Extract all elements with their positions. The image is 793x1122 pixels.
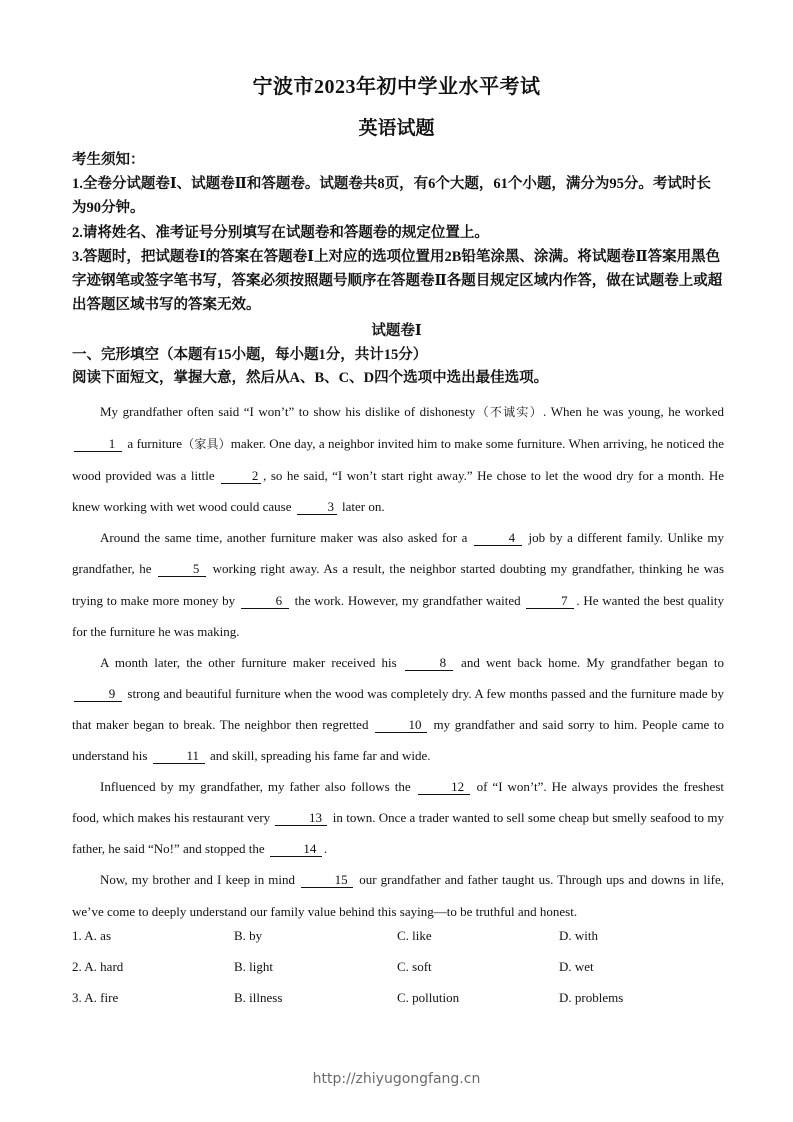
option-d: D. wet (559, 959, 594, 975)
option-c: C. pollution (397, 990, 459, 1006)
answer-options: 1. A. as B. by C. like D. with 2. A. har… (72, 928, 732, 1021)
question-1-options: 1. A. as B. by C. like D. with (72, 928, 732, 959)
passage-text: and skill, spreading his fame far and wi… (207, 748, 431, 763)
passage-paragraph-5: Now, my brother and I keep in mind 15 ou… (72, 864, 724, 926)
passage-text: later on. (339, 499, 385, 514)
blank-6: 6 (241, 593, 289, 609)
passage-paragraph-4: Influenced by my grandfather, my father … (72, 771, 724, 864)
passage-text: and went back home. My grandfather began… (455, 655, 724, 670)
blank-15: 15 (301, 872, 353, 888)
passage-paragraph-2: Around the same time, another furniture … (72, 522, 724, 646)
passage-text: a furniture (124, 436, 182, 451)
option-b: B. by (234, 928, 262, 944)
blank-10: 10 (375, 717, 427, 733)
section-instruction: 阅读下面短文，掌握大意，然后从A、B、C、D四个选项中选出最佳选项。 (72, 367, 732, 390)
blank-7: 7 (526, 593, 574, 609)
passage-text: Influenced by my grandfather, my father … (100, 779, 416, 794)
option-d: D. with (559, 928, 598, 944)
blank-5: 5 (158, 561, 206, 577)
notice-item-2: 2.请将姓名、准考证号分别填写在试题卷和答题卷的规定位置上。 (72, 221, 724, 245)
passage-paragraph-3: A month later, the other furniture maker… (72, 647, 724, 771)
blank-11: 11 (153, 748, 205, 764)
notice-item-3: 3.答题时，把试题卷Ⅰ的答案在答题卷Ⅰ上对应的选项位置用2B铅笔涂黑、涂满。将试… (72, 245, 724, 318)
notice-heading: 考生须知： (72, 148, 724, 172)
section-mark: 试题卷Ⅰ (0, 319, 793, 340)
exam-title: 宁波市2023年初中学业水平考试 (0, 70, 793, 99)
option-c: C. soft (397, 959, 432, 975)
blank-12: 12 (418, 779, 470, 795)
passage-text: My grandfather often said “I won’t” to s… (100, 404, 475, 419)
passage-text: A month later, the other furniture maker… (100, 655, 403, 670)
blank-4: 4 (474, 530, 522, 546)
candidate-notice: 考生须知： 1.全卷分试题卷Ⅰ、试题卷Ⅱ和答题卷。试题卷共8页，有6个大题，61… (72, 148, 724, 317)
passage-text: Around the same time, another furniture … (100, 530, 472, 545)
passage-text: Now, my brother and I keep in mind (100, 872, 299, 887)
option-a: 3. A. fire (72, 990, 118, 1006)
option-a: 2. A. hard (72, 959, 123, 975)
blank-2: 2 (221, 468, 261, 484)
blank-1: 1 (74, 436, 122, 452)
gloss-text: （不诚实） (475, 405, 543, 419)
passage-paragraph-1: My grandfather often said “I won’t” to s… (72, 396, 724, 522)
cloze-passage: My grandfather often said “I won’t” to s… (72, 396, 724, 927)
question-3-options: 3. A. fire B. illness C. pollution D. pr… (72, 990, 732, 1021)
blank-8: 8 (405, 655, 453, 671)
option-b: B. light (234, 959, 273, 975)
section-header: 一、完形填空（本题有15小题，每小题1分，共计15分） 阅读下面短文，掌握大意，… (72, 344, 732, 390)
option-a: 1. A. as (72, 928, 111, 944)
option-c: C. like (397, 928, 432, 944)
passage-text: the work. However, my grandfather waited (291, 593, 525, 608)
blank-3: 3 (297, 499, 337, 515)
notice-item-1: 1.全卷分试题卷Ⅰ、试题卷Ⅱ和答题卷。试题卷共8页，有6个大题，61个小题，满分… (72, 172, 724, 220)
passage-text: . When he was young, he worked (543, 404, 724, 419)
blank-13: 13 (275, 810, 327, 826)
exam-page: 宁波市2023年初中学业水平考试 英语试题 考生须知： 1.全卷分试题卷Ⅰ、试题… (0, 0, 793, 1122)
exam-subtitle: 英语试题 (0, 113, 793, 140)
gloss-text: （家具） (182, 437, 231, 451)
option-d: D. problems (559, 990, 623, 1006)
option-b: B. illness (234, 990, 282, 1006)
blank-9: 9 (74, 686, 122, 702)
passage-text: . (324, 841, 327, 856)
section-heading: 一、完形填空（本题有15小题，每小题1分，共计15分） (72, 344, 732, 367)
question-2-options: 2. A. hard B. light C. soft D. wet (72, 959, 732, 990)
watermark-url: http://zhiyugongfang.cn (0, 1071, 793, 1087)
blank-14: 14 (270, 841, 322, 857)
